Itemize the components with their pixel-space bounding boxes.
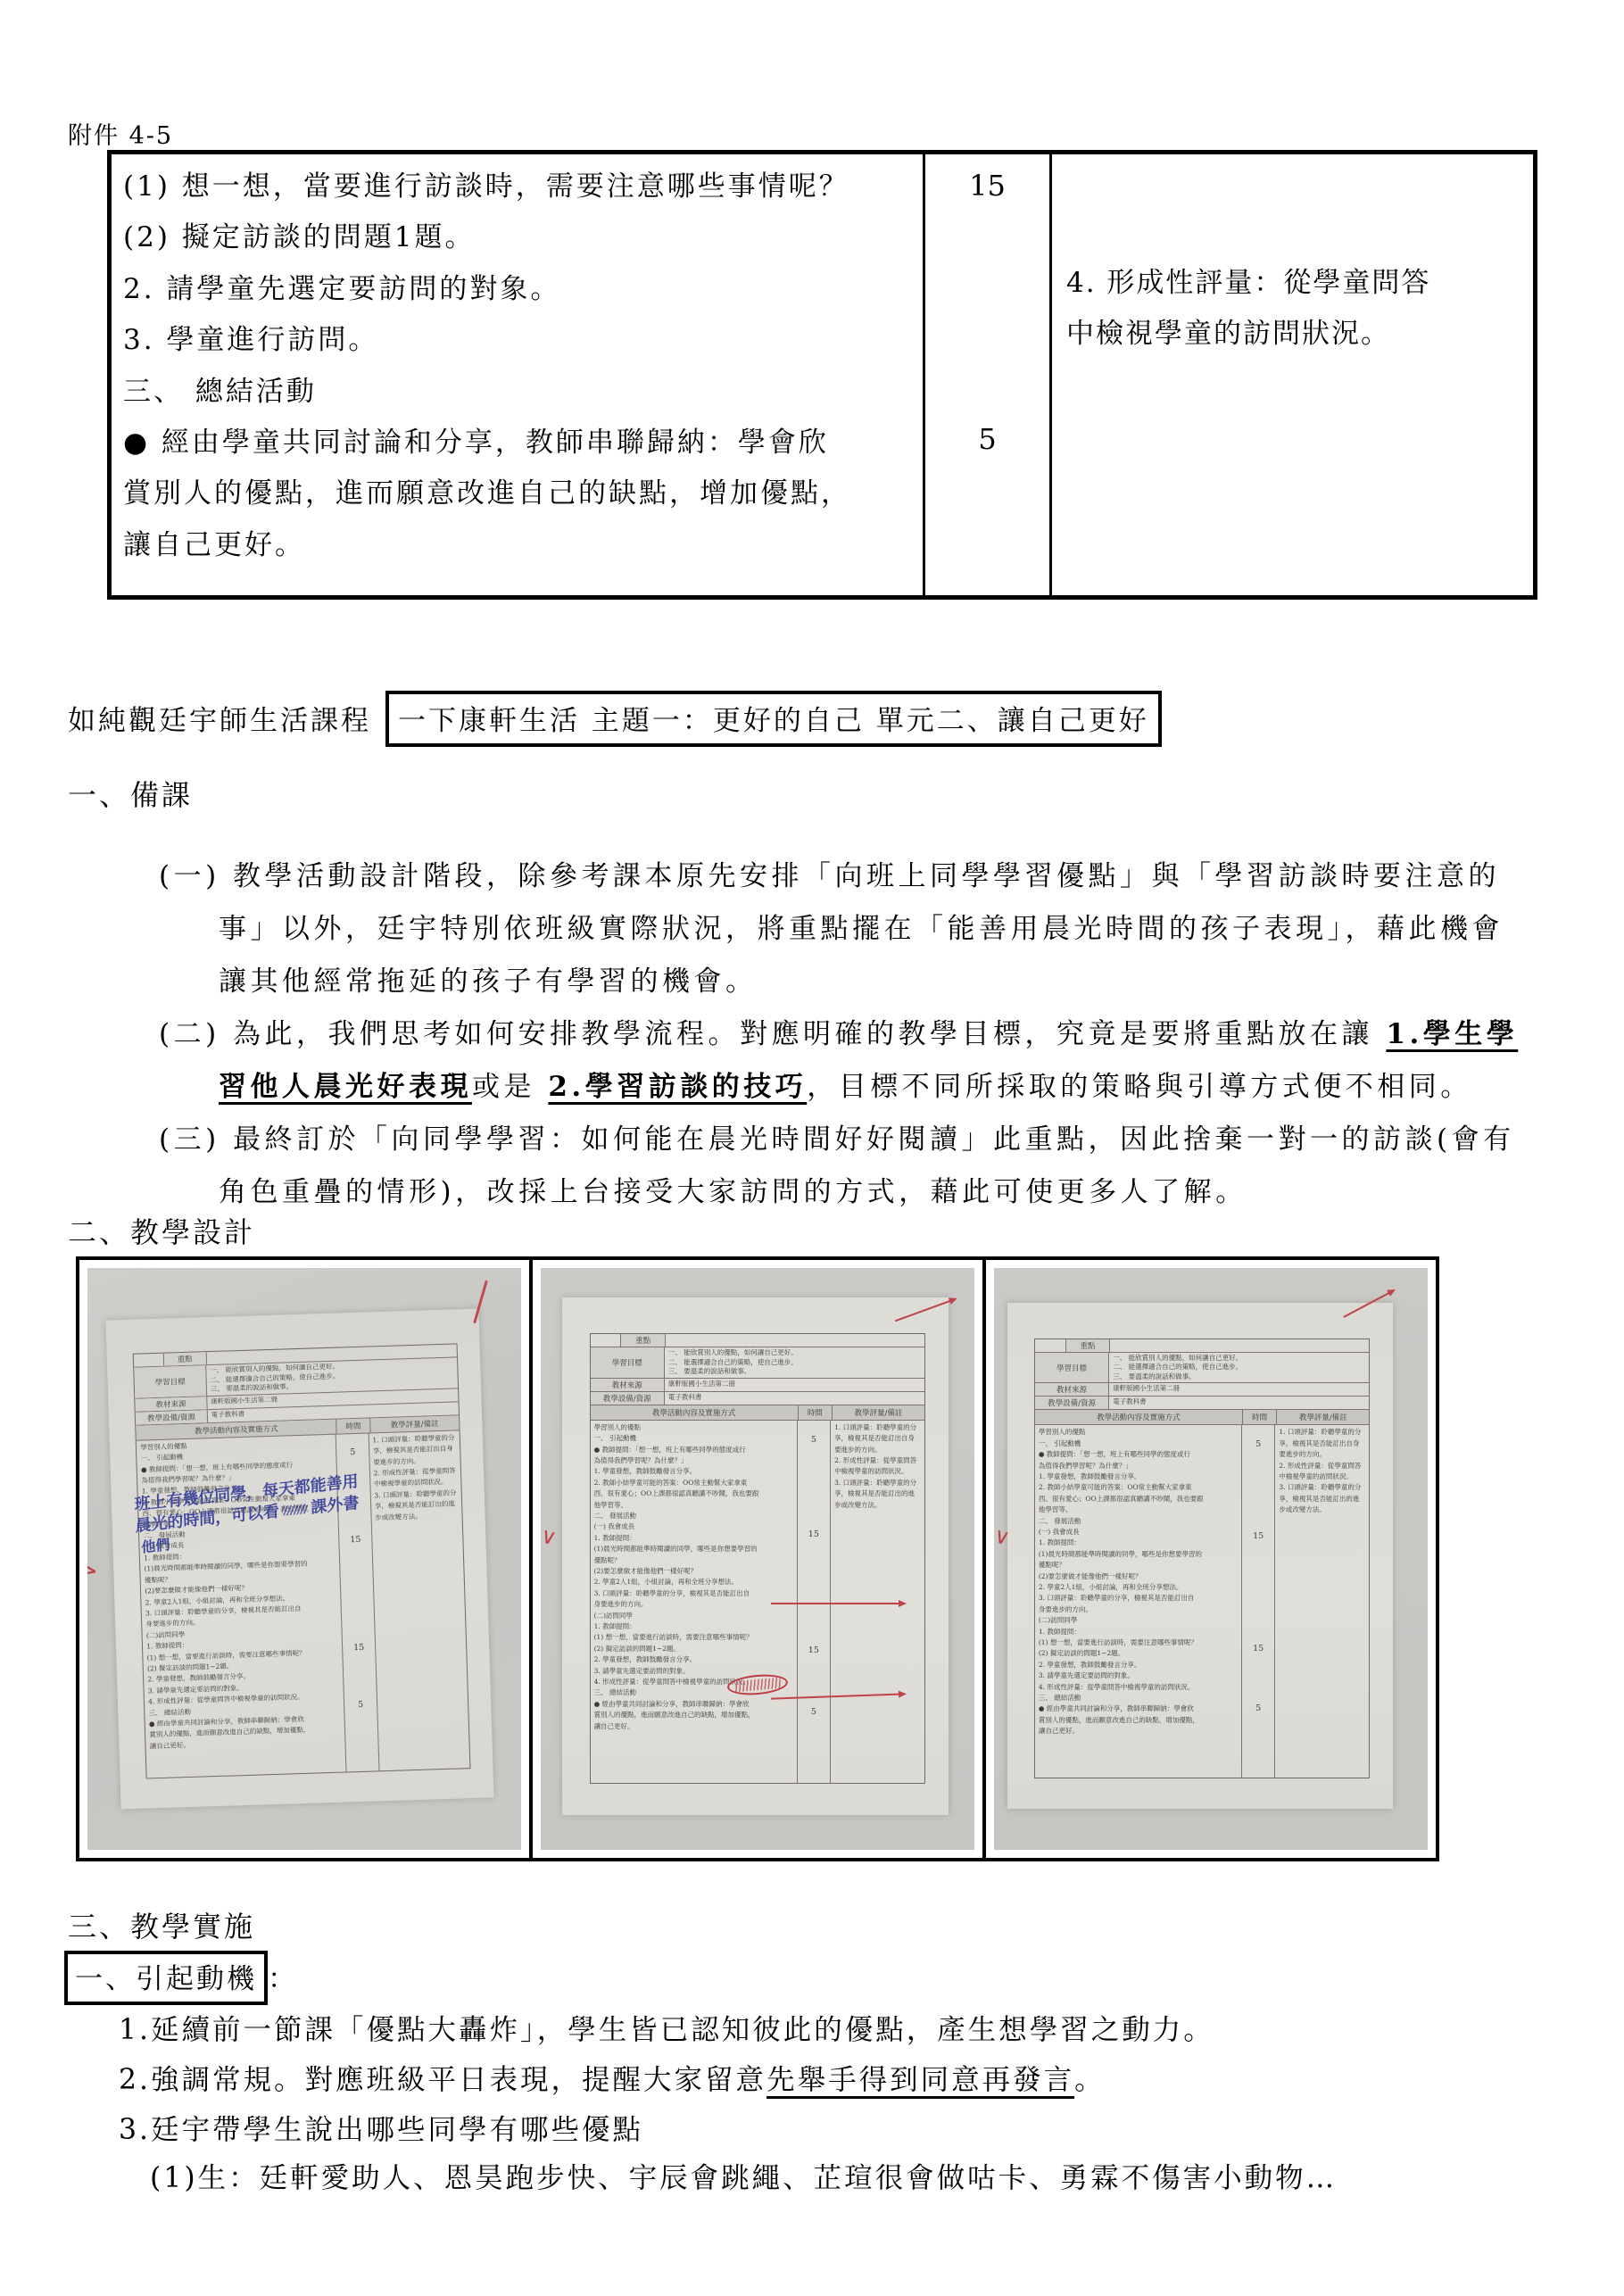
scan-line: 1. 教師提問： (1039, 1538, 1238, 1548)
prep-line: 讓其他經常拖延的孩子有學習的機會。 (159, 956, 1587, 1008)
scan-time-cell: 5 15 15 5 (1242, 1425, 1275, 1778)
scanned-lesson-plan-table: 重點 學習目標 一、 能欣賞別人的優點，如何讓自己更好。 二、 能選擇適合自己的… (590, 1333, 925, 1784)
impl-item-4: (1)生：廷軒愛助人、恩昊跑步快、宇辰會跳繩、芷瑄很會做咕卡、勇霖不傷害小動物… (150, 2156, 1337, 2196)
scan-source-label: 教材來源 (136, 1397, 208, 1412)
motivation-box: 一、引起動機 (64, 1951, 268, 2005)
scan-line: 他學習等。 (594, 1500, 793, 1511)
scan-row-equipment: 教學設備/資源 電子教科書 (591, 1392, 924, 1405)
scan-line: 1. 教師提問： (594, 1621, 793, 1632)
prep-line: 事」以外，廷宇特別依班級實際狀況，將重點擺在「能善用晨光時間的孩子表現」，藉此機… (159, 903, 1587, 956)
scan-row-source: 教材來源 康軒版國小生活第二冊 (591, 1379, 924, 1392)
scan-line: 優點呢？ (594, 1555, 793, 1566)
scan-line: 2. 教師小結學童可能的答案：OO常主動幫大家拿東 (1039, 1482, 1238, 1493)
scan-line: 中檢視學童的訪問狀況。 (1279, 1471, 1365, 1482)
section-title-implementation: 三、教學實施 (68, 1904, 255, 1945)
scan-line: ● 經由學童共同討論和分享，教師串聯歸納：學會欣 (594, 1699, 793, 1710)
scan-assess-cell: 1. 口頭評量：聆聽學童的分享，檢視其是否能訂出自身要進步的方向。2. 形成性評… (1275, 1425, 1369, 1778)
scan-line: 2. 學童發想，教師鼓勵發言分享。 (1039, 1660, 1238, 1670)
scan-body: 學習別人的優點一、 引起動機● 教師提問：「想一想，班上有哪些同學的態度或行為值… (591, 1421, 924, 1783)
scan-focus-label: 重點 (620, 1334, 666, 1347)
scan-time-value: 5 (798, 1707, 830, 1717)
scan-line: 身要進步的方向。 (1039, 1604, 1238, 1615)
scan-line: 三、 總結活動 (1039, 1693, 1238, 1703)
assessment-line: 4. 形成性評量：從學童問答 (1066, 258, 1526, 309)
scan-line: (1) 想一想，當要進行訪談時，需要注意哪些事情呢？ (594, 1632, 793, 1643)
scan-goal-line: 三、 要溫柔的說話和做事。 (1113, 1372, 1365, 1382)
scan-goals-label: 學習目標 (1035, 1353, 1109, 1383)
scan-line: 優點呢？ (1039, 1560, 1238, 1571)
scan-activity-cell: 學習別人的優點一、 引起動機● 教師提問：「想一想，班上有哪些同學的態度或行為值… (1035, 1425, 1242, 1778)
scan-line: 享，檢視其是否能訂出自身 (1279, 1438, 1365, 1449)
scan-line: ● 教師提問：「想一想，班上有哪些同學的態度或行 (594, 1445, 793, 1455)
scan-row-focus: 重點 (591, 1334, 924, 1347)
attachment-label: 附件 4-5 (68, 116, 173, 151)
scan-line: (1)晨光時間都能準時閱讀的同學，哪些是你想要學習的 (1039, 1549, 1238, 1560)
scan-source-value: 康軒版國小生活第二冊 (665, 1379, 924, 1391)
scan-line: 學習別人的優點 (594, 1422, 793, 1433)
scan-equipment-label: 教學設備/資源 (1035, 1397, 1109, 1409)
scan-equipment-value: 電子教科書 (665, 1392, 924, 1405)
scan-line: 中檢視學童的訪問狀況。 (834, 1466, 921, 1477)
scan-line: 1. 學童發想，教師鼓勵發言分享。 (594, 1466, 793, 1477)
scan-col-assess: 教學評量/備註 (833, 1405, 924, 1420)
course-heading-box: 一下康軒生活 主題一：更好的自己 單元二、讓自己更好 (385, 691, 1162, 747)
scan-line: ● 教師提問：「想一想，班上有哪些同學的態度或行 (1039, 1449, 1238, 1460)
scan-line: 步或改變方法。 (834, 1500, 921, 1511)
scan-assess-cell: 1. 口頭評量：聆聽學童的分享，檢視其是否能訂出自身要進步的方向。2. 形成性評… (369, 1430, 469, 1770)
document-page: 附件 4-5 (1) 想一想，當要進行訪談時，需要注意哪些事情呢？ (2) 擬定… (0, 0, 1624, 2296)
red-pen-stroke (473, 1281, 488, 1324)
activity-line: 讓自己更好。 (123, 520, 917, 571)
scan-time-cell: 5 15 15 5 (798, 1421, 831, 1783)
activity-line: 3. 學童進行訪問。 (123, 315, 917, 366)
scan-line: 享，檢視其是否能訂出的進 (1279, 1494, 1365, 1504)
scan-source-label: 教材來源 (1035, 1383, 1109, 1396)
scan-line: 1. 教師提問： (1039, 1627, 1238, 1637)
scan-equipment-label: 教學設備/資源 (136, 1410, 208, 1425)
scan-line: 西、很有愛心；OO上課都很認真聽講不吵鬧，我也要跟 (594, 1488, 793, 1499)
scan-line: 賞別人的優點，進而願意改進自己的缺點，增加優點， (594, 1710, 793, 1720)
scan-line: 4. 形成性評量：從學童問答中檢視學童的訪問狀況。 (1039, 1682, 1238, 1693)
lesson-plan-table: (1) 想一想，當要進行訪談時，需要注意哪些事情呢？ (2) 擬定訪談的問題1題… (107, 150, 1537, 600)
scanned-lesson-plan-table: 重點 學習目標 一、 能欣賞別人的優點，如何讓自己更好。 二、 能選擇適合自己的… (1034, 1339, 1370, 1779)
scan-line: (二)訪問同學 (1039, 1615, 1238, 1626)
table-cell-time: 15 5 (925, 154, 1052, 595)
impl-item-2: 2.強調常規。對應班級平日表現，提醒大家留意先舉手得到同意再發言。 (119, 2058, 1106, 2098)
scan-column-headers: 教學活動內容及實施方式 時間 教學評量/備註 (591, 1405, 924, 1421)
scan-line: 身要進步的方向。 (594, 1599, 793, 1610)
scan-line: 讓自己更好。 (1039, 1726, 1238, 1737)
photo-grid: 重點 學習目標 一、 能欣賞別人的優點，如何讓自己更好。 二、 能選擇適合自己的… (76, 1256, 1439, 1861)
scan-line: 他學習等。 (1039, 1504, 1238, 1515)
scan-col-assess: 教學評量/備註 (1277, 1410, 1369, 1424)
prep-underlined-option2: 2.學習訪談的技巧 (548, 1071, 807, 1103)
prep-line: (二) 為此，我們思考如何安排教學流程。對應明確的教學目標，究竟是要將重點放在讓… (159, 1008, 1587, 1061)
photo-cell-3: 重點 學習目標 一、 能欣賞別人的優點，如何讓自己更好。 二、 能選擇適合自己的… (982, 1260, 1436, 1858)
scan-time-value: 15 (344, 1643, 375, 1654)
scan-line: 為值得我們學習呢？為什麼？」 (594, 1455, 793, 1466)
impl-item-3: 3.廷宇帶學生說出哪些同學有哪些優點 (119, 2108, 643, 2148)
activity-line: 2. 請學童先選定要訪問的對象。 (123, 264, 917, 315)
handwriting-scribble (282, 1504, 309, 1516)
red-scribble (734, 1678, 782, 1692)
time-value-5: 5 (925, 422, 1049, 456)
prep-text: 或是 (472, 1071, 548, 1103)
photo-cell-2: 重點 學習目標 一、 能欣賞別人的優點，如何讓自己更好。 二、 能選擇適合自己的… (529, 1260, 982, 1858)
impl-text: 。 (1074, 2064, 1106, 2096)
scan-line: (二)訪問同學 (594, 1611, 793, 1621)
prep-line: 角色重疊的情形)，改採上台接受大家訪問的方式，藉此可使更多人了解。 (159, 1166, 1587, 1219)
scan-time-value: 5 (1242, 1703, 1274, 1713)
scan-assess-cell: 1. 口頭評量：聆聽學童的分享，檢視其是否能訂出自身要進步的方向。2. 形成性評… (831, 1421, 924, 1783)
assessment-line: 中檢視學童的訪問狀況。 (1066, 309, 1526, 360)
scan-line: 3. 口頭評量：聆聽學童的分 (834, 1478, 921, 1488)
scan-line: ● 經由學童共同討論和分享，教師串聯歸納：學會欣 (1039, 1703, 1238, 1714)
scan-time-value: 5 (345, 1700, 377, 1711)
scan-line: 步或改變方法。 (375, 1510, 459, 1523)
scan-line: 二、 發展活動 (1039, 1516, 1238, 1527)
lesson-plan-photo-3: 重點 學習目標 一、 能欣賞別人的優點，如何讓自己更好。 二、 能選擇適合自己的… (994, 1268, 1428, 1850)
scan-line: 3. 口頭評量：聆聽學童的分享，檢視其是否能訂出自 (1039, 1593, 1238, 1604)
scan-source-label: 教材來源 (591, 1379, 665, 1391)
scan-goal-line: 二、 能選擇適合自己的策略，使自己進步。 (1113, 1363, 1365, 1372)
photo-cell-1: 重點 學習目標 一、 能欣賞別人的優點，如何讓自己更好。 二、 能選擇適合自己的… (79, 1260, 529, 1858)
scan-col-time: 時間 (799, 1405, 833, 1420)
activity-line: ● 經由學童共同討論和分享，教師串聯歸納：學會欣 (123, 418, 917, 468)
activity-line: (2) 擬定訪談的問題1題。 (123, 212, 917, 263)
activity-line: 三、 總結活動 (123, 367, 917, 418)
prep-text: ，目標不同所採取的策略與引導方式便不相同。 (807, 1071, 1472, 1103)
scan-line: 1. 學童發想，教師鼓勵發言分享。 (1039, 1471, 1238, 1482)
scan-activity-cell: 學習別人的優點一、 引起動機● 教師提問：「想一想，班上有哪些同學的態度或行為值… (591, 1421, 798, 1783)
scan-focus-label: 重點 (1065, 1339, 1111, 1352)
scan-line: 享，檢視其是否能訂出自身 (834, 1433, 921, 1444)
scan-row-goals: 學習目標 一、 能欣賞別人的優點，如何讓自己更好。 二、 能選擇適合自己的策略，… (591, 1347, 924, 1379)
scan-paper-3: 重點 學習目標 一、 能欣賞別人的優點，如何讓自己更好。 二、 能選擇適合自己的… (1007, 1303, 1394, 1809)
scan-line: 為值得我們學習呢？為什麼？」 (1039, 1461, 1238, 1471)
scan-line: (1) 想一想，當要進行訪談時，需要注意哪些事情呢？ (1039, 1637, 1238, 1648)
scan-equipment-label: 教學設備/資源 (591, 1392, 665, 1405)
red-arrow-annotation (771, 1603, 905, 1604)
scan-line: 1. 口頭評量：聆聽學童的分 (834, 1422, 921, 1433)
scan-line: (2) 擬定訪談的問題1~2題。 (594, 1644, 793, 1654)
scan-focus-value (666, 1334, 924, 1347)
scan-time-value: 15 (1242, 1531, 1274, 1541)
table-cell-activities: (1) 想一想，當要進行訪談時，需要注意哪些事情呢？ (2) 擬定訪談的問題1題… (112, 154, 925, 595)
scan-equipment-value: 電子教科書 (1109, 1397, 1369, 1409)
motivation-colon: ： (268, 1963, 298, 1995)
table-cell-assessment: 4. 形成性評量：從學童問答 中檢視學童的訪問狀況。 (1052, 154, 1533, 595)
scan-line: 3. 請學童先選定要訪問的對象。 (1039, 1670, 1238, 1681)
course-heading: 如純觀廷宇師生活課程一下康軒生活 主題一：更好的自己 單元二、讓自己更好 (68, 691, 1162, 747)
scan-line: 步或改變方法。 (1279, 1504, 1365, 1515)
section-title-design: 二、教學設計 (68, 1210, 255, 1251)
scan-line: 1. 教師提問： (594, 1533, 793, 1544)
scan-line: (一) 我會成長 (594, 1521, 793, 1532)
scan-line: 讓自己更好。 (594, 1721, 793, 1732)
scan-goals-label: 學習目標 (591, 1347, 665, 1378)
scan-line: 一、 引起動機 (594, 1433, 793, 1444)
scan-time-value: 15 (798, 1529, 830, 1539)
section-title-prep: 一、備課 (68, 773, 193, 814)
scan-paper-2: 重點 學習目標 一、 能欣賞別人的優點，如何讓自己更好。 二、 能選擇適合自己的… (562, 1297, 949, 1815)
scan-line: 西、很有愛心；OO上課都很認真聽講不吵鬧，我也要跟 (1039, 1494, 1238, 1504)
scan-col-activity: 教學活動內容及實施方式 (591, 1405, 799, 1420)
course-heading-prefix: 如純觀廷宇師生活課程 (68, 705, 371, 737)
scan-line: (一) 我會成長 (1039, 1527, 1238, 1538)
scan-time-value: 5 (337, 1447, 369, 1458)
scan-line: 要進步的方向。 (834, 1445, 921, 1455)
scan-goal-line: 一、 能欣賞別人的優點，如何讓自己更好。 (1113, 1354, 1365, 1364)
scan-line: 2. 學童2人1組，小組討論，再和全班分享想法。 (1039, 1582, 1238, 1593)
scan-line: 賞別人的優點，進而願意改進自己的缺點，增加優點， (1039, 1715, 1238, 1726)
scan-line: 2. 形成性評量：從學童問答 (834, 1455, 921, 1466)
scan-row-source: 教材來源 康軒版國小生活第二冊 (1035, 1383, 1369, 1397)
scan-line: 學習別人的優點 (1039, 1427, 1238, 1438)
activity-line: 賞別人的優點，進而願意改進自己的缺點，增加優點， (123, 468, 917, 519)
scan-body: 學習別人的優點一、 引起動機● 教師提問：「想一想，班上有哪些同學的態度或行為值… (1035, 1425, 1369, 1778)
handwriting-text: 課外書 (311, 1494, 360, 1518)
time-value-15: 15 (925, 169, 1049, 203)
scan-source-value: 康軒版國小生活第二冊 (1109, 1383, 1369, 1396)
scan-focus-label: 重點 (163, 1353, 207, 1367)
scan-line: (1)晨光時間都能準時閱讀的同學，哪些是你想要學習的 (594, 1544, 793, 1554)
scan-row-focus: 重點 (1035, 1339, 1369, 1353)
scan-line: 2. 教師小結學童可能的答案：OO常主動幫大家拿東 (594, 1478, 793, 1488)
scan-paper-1: 重點 學習目標 一、 能欣賞別人的優點，如何讓自己更好。 二、 能選擇適合自己的… (106, 1309, 494, 1810)
prep-line: 習他人晨光好表現或是 2.學習訪談的技巧，目標不同所採取的策略與引導方式便不相同… (159, 1061, 1587, 1114)
impl-text: 2.強調常規。對應班級平日表現，提醒大家留意 (119, 2064, 766, 2096)
red-check-mark: ∨ (541, 1522, 559, 1550)
scan-col-time: 時間 (1243, 1410, 1277, 1424)
prep-text: (二) 為此，我們思考如何安排教學流程。對應明確的教學目標，究竟是要將重點放在讓 (159, 1018, 1386, 1050)
scan-row-equipment: 教學設備/資源 電子教科書 (1035, 1397, 1369, 1410)
scanned-lesson-plan-table: 重點 學習目標 一、 能欣賞別人的優點，如何讓自己更好。 二、 能選擇適合自己的… (133, 1344, 470, 1779)
scan-line: 3. 口頭評量：聆聽學童的分享，檢視其是否能訂出自 (594, 1588, 793, 1599)
prep-paragraphs: (一) 教學活動設計階段，除參考課本原先安排「向班上同學學習優點」與「學習訪談時… (159, 850, 1587, 1219)
scan-time-value: 5 (798, 1435, 830, 1445)
prep-line: (一) 教學活動設計階段，除參考課本原先安排「向班上同學學習優點」與「學習訪談時… (159, 850, 1587, 903)
scan-line: 一、 引起動機 (1039, 1438, 1238, 1449)
motivation-heading: 一、引起動機： (64, 1951, 298, 2005)
prep-line: (三) 最終訂於「向同學學習：如何能在晨光時間好好閱讀」此重點，因此捨棄一對一的… (159, 1114, 1587, 1166)
scan-line: 1. 口頭評量：聆聽學童的分 (1279, 1427, 1365, 1438)
scan-time-value: 15 (1242, 1644, 1274, 1654)
scan-time-value: 15 (798, 1645, 830, 1655)
activity-line: (1) 想一想，當要進行訪談時，需要注意哪些事情呢？ (123, 162, 917, 212)
scan-line: (2)要怎麼做才能像他們一樣好呢？ (594, 1566, 793, 1577)
scan-row-goals: 學習目標 一、 能欣賞別人的優點，如何讓自己更好。 二、 能選擇適合自己的策略，… (1035, 1353, 1369, 1384)
lesson-plan-photo-1: 重點 學習目標 一、 能欣賞別人的優點，如何讓自己更好。 二、 能選擇適合自己的… (87, 1268, 521, 1850)
scan-line: (2) 擬定訪談的問題1~2題。 (1039, 1648, 1238, 1659)
prep-underlined-option1-cont: 習他人晨光好表現 (219, 1071, 472, 1103)
scan-col-time: 時間 (337, 1418, 371, 1433)
prep-underlined-option1: 1.學生學 (1386, 1018, 1518, 1050)
scan-line: (2)要怎麼做才能像他們一樣好呢？ (1039, 1571, 1238, 1582)
scan-goals-value: 一、 能欣賞別人的優點，如何讓自己更好。 二、 能選擇適合自己的策略，使自己進步… (665, 1347, 924, 1378)
scan-line: 2. 學童2人1組，小組討論，再和全班分享想法。 (594, 1577, 793, 1587)
scan-focus-value (1110, 1339, 1369, 1352)
scan-line: 3. 口頭評量：聆聽學童的分 (1279, 1482, 1365, 1493)
scan-time-value: 5 (1242, 1439, 1274, 1449)
scan-goal-line: 二、 能選擇適合自己的策略，使自己進步。 (668, 1358, 921, 1368)
scan-goals-value: 一、 能欣賞別人的優點，如何讓自己更好。 二、 能選擇適合自己的策略，使自己進步… (1109, 1353, 1369, 1383)
scan-goal-line: 三、 要溫柔的說話和做事。 (668, 1367, 921, 1377)
impl-underlined-rule: 先舉手得到同意再發言 (766, 2064, 1074, 2096)
scan-line: 二、 發展活動 (594, 1511, 793, 1521)
impl-item-1: 1.延續前一節課「優點大轟炸」，學生皆已認知彼此的優點，產生想學習之動力。 (119, 2008, 1214, 2048)
scan-line: 2. 形成性評量：從學童問答 (1279, 1461, 1365, 1471)
scan-column-headers: 教學活動內容及實施方式 時間 教學評量/備註 (1035, 1410, 1369, 1425)
scan-line: 享，檢視其是否能訂出的進 (834, 1488, 921, 1499)
scan-col-activity: 教學活動內容及實施方式 (1035, 1410, 1243, 1424)
red-check-mark: > (87, 1558, 99, 1584)
scan-line: 2. 學童發想，教師鼓勵發言分享。 (594, 1654, 793, 1665)
scan-line: 要進步的方向。 (1279, 1449, 1365, 1460)
lesson-plan-photo-2: 重點 學習目標 一、 能欣賞別人的優點，如何讓自己更好。 二、 能選擇適合自己的… (541, 1268, 974, 1850)
scan-col-assess: 教學評量/備註 (370, 1415, 460, 1432)
scan-goal-line: 一、 能欣賞別人的優點，如何讓自己更好。 (668, 1348, 921, 1358)
scan-goals-label: 學習目標 (135, 1366, 208, 1398)
